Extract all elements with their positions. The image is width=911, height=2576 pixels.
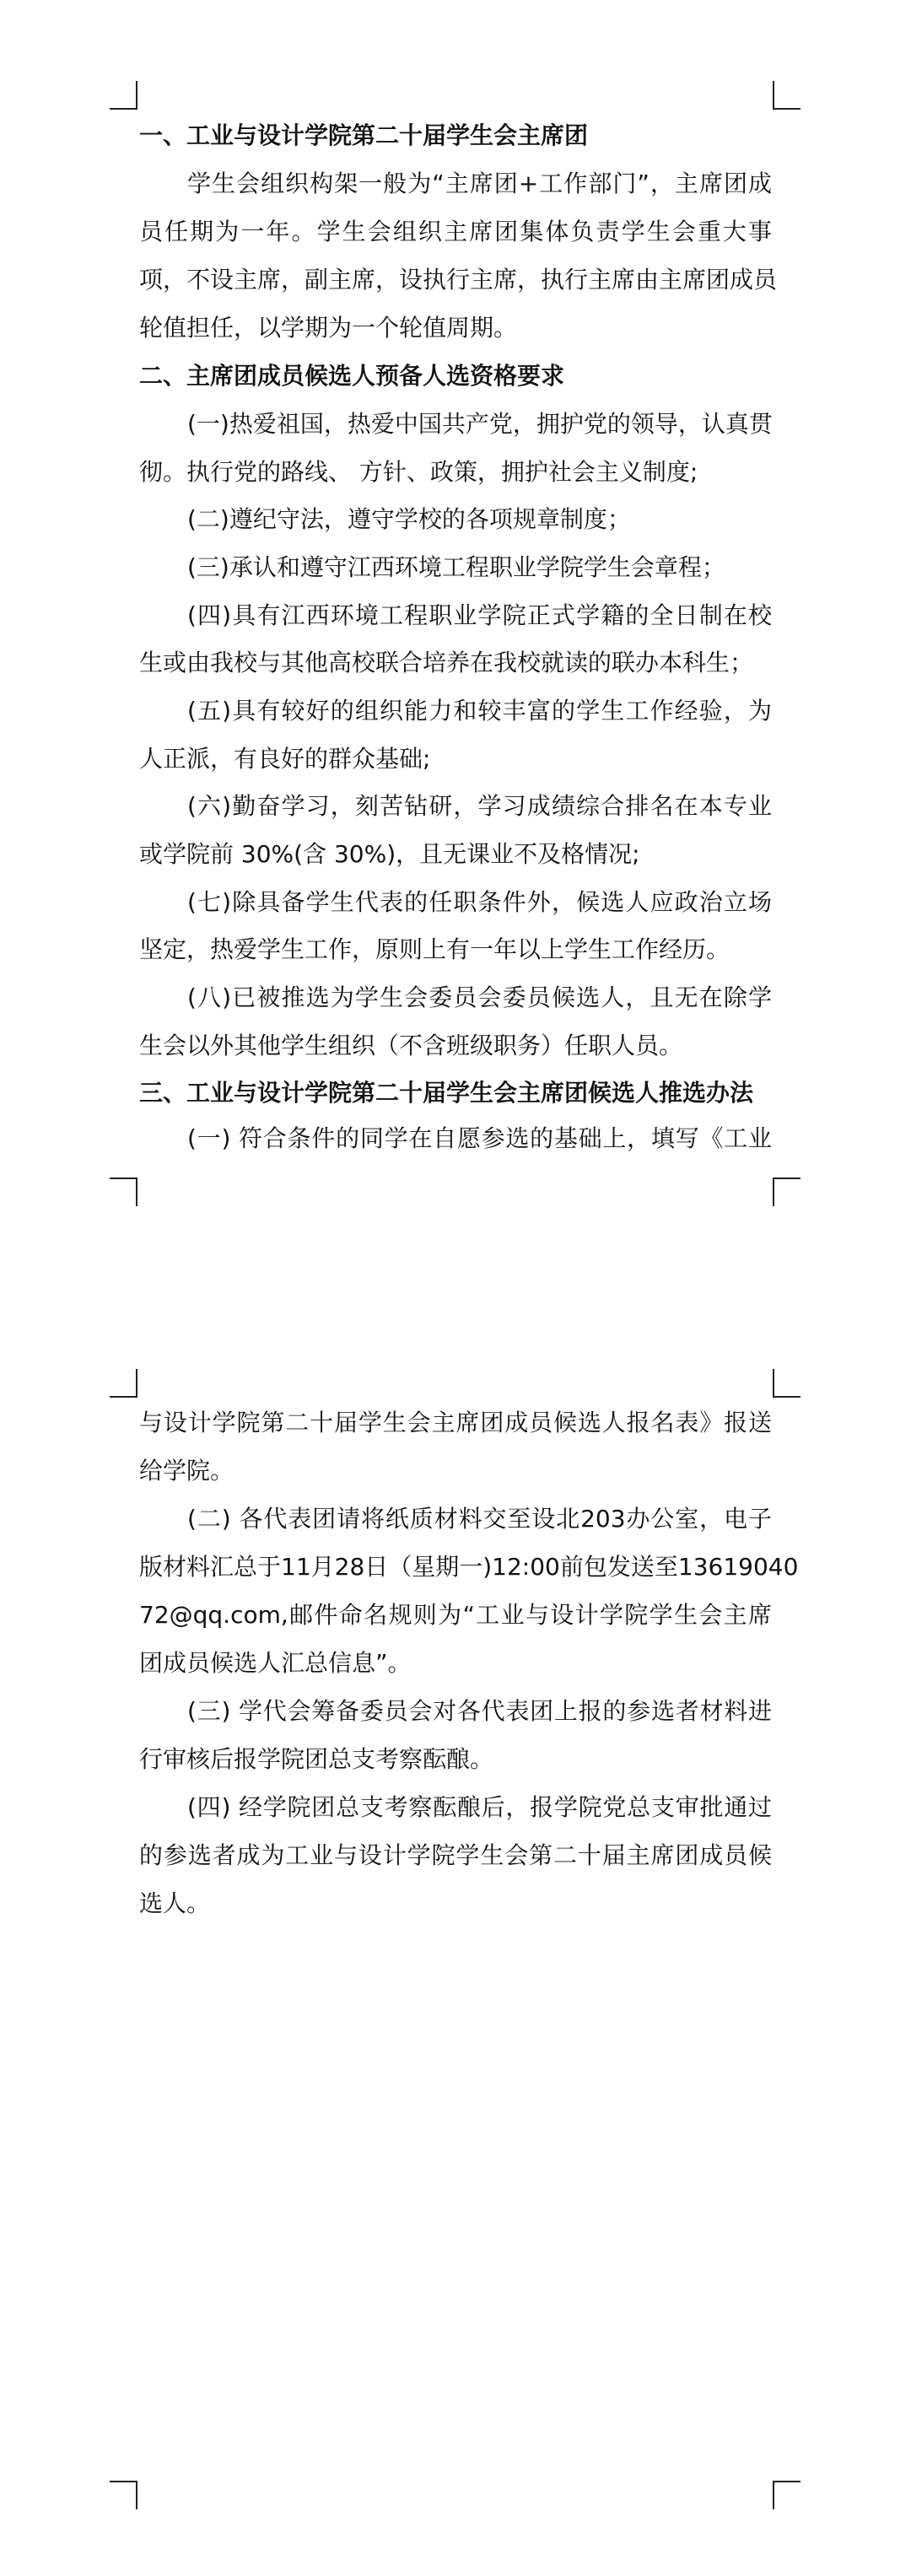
page1-bottom-left-crop-mark xyxy=(110,1178,137,1206)
paragraph-line: 选人。 xyxy=(139,1887,772,1921)
paragraph-line: 团成员候选人汇总信息”。 xyxy=(139,1646,772,1680)
paragraph-line: (六)勤奋学习，刻苦钻研，学习成绩综合排名在本专业 xyxy=(187,790,772,823)
paragraph-line: (四) 经学院团总支考察酝酿后，报学院党总支审批通过 xyxy=(187,1791,772,1824)
page1-top-right-crop-mark xyxy=(773,81,800,110)
page2-top-left-crop-mark xyxy=(110,1369,137,1398)
page2-bottom-left-crop-mark xyxy=(110,2481,137,2509)
page2-bottom-right-crop-mark xyxy=(773,2481,800,2509)
paragraph-line: 生会以外其他学生组织（不含班级职务）任职人员。 xyxy=(139,1029,772,1063)
paragraph-line: (一)热爱祖国，热爱中国共产党，拥护党的领导，认真贯 xyxy=(187,407,772,441)
paragraph-line: 生或由我校与其他高校联合培养在我校就读的联办本科生； xyxy=(139,646,772,680)
paragraph-line: (四)具有江西环境工程职业学院正式学籍的全日制在校 xyxy=(187,599,772,633)
paragraph-line: (五)具有较好的组织能力和较丰富的学生工作经验，为 xyxy=(187,694,772,728)
paragraph-line: 学生会组织构架一般为“主席团+工作部门”，主席团成 xyxy=(187,167,772,201)
section-heading-1: 一、工业与设计学院第二十届学生会主席团 xyxy=(139,119,772,153)
paragraph-line: 人正派，有良好的群众基础; xyxy=(139,742,772,776)
paragraph-line: 版材料汇总于11月28日（星期一)12:00前包发送至13619040 xyxy=(139,1550,772,1584)
paragraph-line: 72@qq.com,邮件命名规则为“工业与设计学院学生会主席 xyxy=(139,1598,772,1632)
paragraph-line: (七)除具备学生代表的任职条件外，候选人应政治立场 xyxy=(187,886,772,919)
page1-bottom-right-crop-mark xyxy=(773,1178,800,1206)
paragraph-line: (三) 学代会筹备委员会对各代表团上报的参选者材料进 xyxy=(187,1695,772,1728)
paragraph-line: (二) 各代表团请将纸质材料交至设北203办公室，电子 xyxy=(187,1502,772,1536)
paragraph-line: 轮值担任，以学期为一个轮值周期。 xyxy=(139,311,772,345)
page2-top-right-crop-mark xyxy=(773,1369,800,1398)
paragraph-line: 彻。执行党的路线、 方针、政策，拥护社会主义制度; xyxy=(139,455,772,489)
paragraph-line: 或学院前 30%(含 30%)，且无课业不及格情况; xyxy=(139,838,772,871)
paragraph-line: 项，不设主席，副主席，设执行主席，执行主席由主席团成员 xyxy=(139,263,772,297)
paragraph-line: 行审核后报学院团总支考察酝酿。 xyxy=(139,1743,772,1776)
paragraph-line: 员任期为一年。学生会组织主席团集体负责学生会重大事 xyxy=(139,215,772,249)
paragraph-line: 与设计学院第二十届学生会主席团成员候选人报名表》报送 xyxy=(139,1406,772,1440)
page1-top-left-crop-mark xyxy=(110,81,137,110)
paragraph-line: 坚定，热爱学生工作，原则上有一年以上学生工作经历。 xyxy=(139,933,772,967)
paragraph-line: (二)遵纪守法，遵守学校的各项规章制度； xyxy=(187,503,772,536)
paragraph-line: (一) 符合条件的同学在自愿参选的基础上，填写《工业 xyxy=(187,1122,772,1156)
paragraph-line: 给学院。 xyxy=(139,1454,772,1488)
paragraph-line: (八)已被推选为学生会委员会委员候选人，且无在除学 xyxy=(187,981,772,1015)
paragraph-line: (三)承认和遵守江西环境工程职业学院学生会章程； xyxy=(187,551,772,585)
section-heading-3: 三、工业与设计学院第二十届学生会主席团候选人推选办法 xyxy=(139,1076,772,1110)
section-heading-2: 二、主席团成员候选人预备人选资格要求 xyxy=(139,359,772,393)
paragraph-line: 的参选者成为工业与设计学院学生会第二十届主席团成员候 xyxy=(139,1839,772,1873)
